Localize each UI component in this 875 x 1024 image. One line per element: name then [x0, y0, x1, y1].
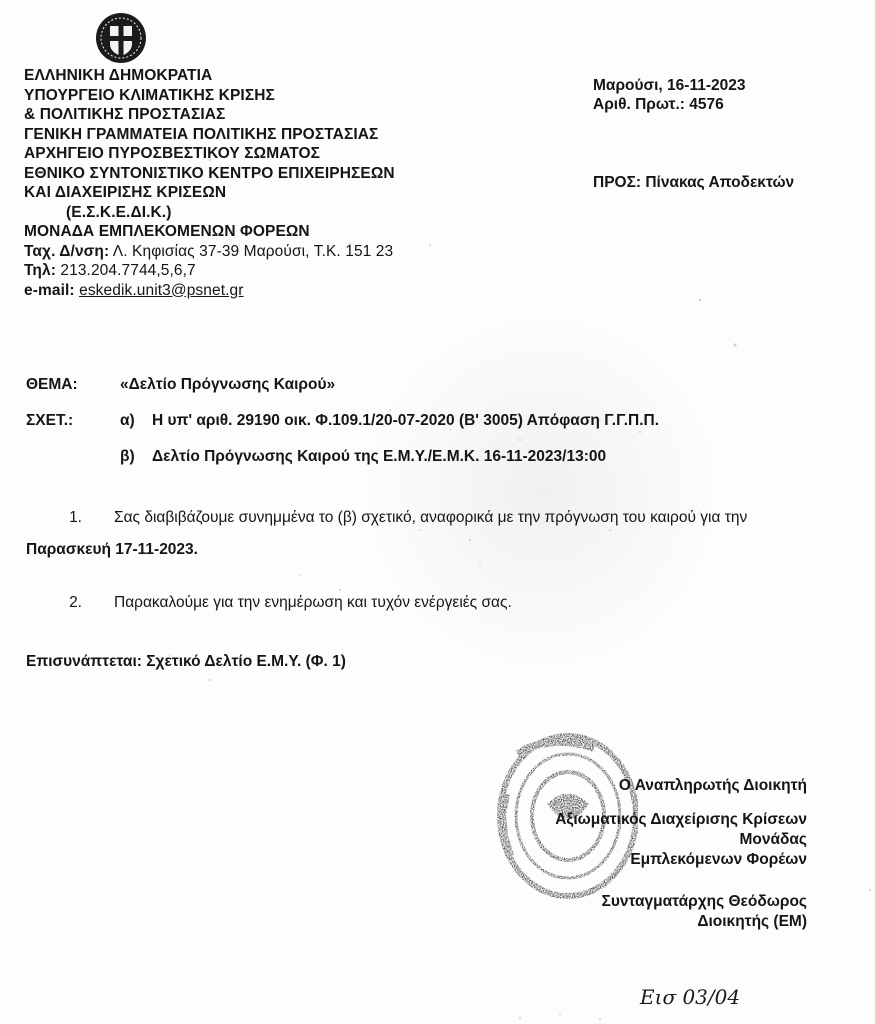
issuer-unit: ΜΟΝΑΔΑ ΕΜΠΛΕΚΟΜΕΝΩΝ ΦΟΡΕΩΝ — [24, 222, 395, 242]
signatory-role: Αξιωματικός Διαχείρισης Κρίσεων Μονάδας — [555, 810, 807, 850]
related-row: β) Δελτίο Πρόγνωσης Καιρού της Ε.Μ.Υ./Ε.… — [26, 448, 659, 484]
email-link[interactable]: eskedik.unit3@psnet.gr — [79, 282, 243, 299]
address-line: Ταχ. Δ/νση: Λ. Κηφισίας 37-39 Μαρούσι, Τ… — [24, 242, 395, 262]
paragraph-continuation: Παρασκευή 17-11-2023. — [26, 540, 866, 560]
subject-label: ΘΕΜΑ: — [26, 376, 120, 394]
handwritten-note: Εισ 03/04 — [640, 985, 740, 1009]
phone-label: Τηλ: — [24, 262, 56, 279]
issuer-line: ΕΛΛΗΝΙΚΗ ΔΗΜΟΚΡΑΤΙΑ — [24, 66, 395, 86]
greek-coat-of-arms-icon — [88, 10, 154, 66]
phone-value: 213.204.7744,5,6,7 — [56, 262, 196, 279]
paragraph-number: 1. — [26, 508, 114, 528]
attachment-note: Επισυνάπτεται: Σχετικό Δελτίο Ε.Μ.Υ. (Φ.… — [26, 653, 346, 671]
issuer-line: ΓΕΝΙΚΗ ΓΡΑΜΜΑΤΕΙΑ ΠΟΛΙΤΙΚΗΣ ΠΡΟΣΤΑΣΙΑΣ — [24, 125, 395, 145]
recipient: ΠΡΟΣ: Πίνακας Αποδεκτών — [593, 174, 794, 192]
paragraph-text: Σας διαβιβάζουμε συνημμένα το (β) σχετικ… — [114, 509, 747, 526]
issuer-line: & ΠΟΛΙΤΙΚΗΣ ΠΡΟΣΤΑΣΙΑΣ — [24, 105, 395, 125]
subject-value: «Δελτίο Πρόγνωσης Καιρού» — [120, 376, 335, 394]
issuer-acronym: (Ε.Σ.Κ.Ε.ΔΙ.Κ.) — [24, 203, 395, 223]
related-label: ΣΧΕΤ.: — [26, 412, 120, 430]
email-label: e-mail: — [24, 282, 75, 299]
paragraph-number: 2. — [26, 593, 114, 613]
signatory-name: Συνταγματάρχης Θεόδωρος — [555, 892, 807, 912]
protocol-number: Αριθ. Πρωτ.: 4576 — [593, 95, 745, 114]
paragraph-1: 1.Σας διαβιβάζουμε συνημμένα το (β) σχετ… — [26, 508, 866, 560]
related-mark: α) — [120, 412, 152, 430]
issuer-header: ΕΛΛΗΝΙΚΗ ΔΗΜΟΚΡΑΤΙΑ ΥΠΟΥΡΓΕΙΟ ΚΛΙΜΑΤΙΚΗΣ… — [24, 66, 395, 300]
issuer-line: ΥΠΟΥΡΓΕΙΟ ΚΛΙΜΑΤΙΚΗΣ ΚΡΙΣΗΣ — [24, 86, 395, 106]
related-row: ΣΧΕΤ.: α) Η υπ' αριθ. 29190 οικ. Φ.109.1… — [26, 412, 659, 448]
paragraph-2: 2.Παρακαλούμε για την ενημέρωση και τυχό… — [26, 593, 512, 613]
issuer-line: ΑΡΧΗΓΕΙΟ ΠΥΡΟΣΒΕΣΤΙΚΟΥ ΣΩΜΑΤΟΣ — [24, 144, 395, 164]
signatory-rank: Διοικητής (ΕΜ) — [555, 912, 807, 932]
phone-line: Τηλ: 213.204.7744,5,6,7 — [24, 261, 395, 281]
related-mark: β) — [120, 448, 152, 466]
related-item: Δελτίο Πρόγνωσης Καιρού της Ε.Μ.Υ./Ε.Μ.Κ… — [152, 448, 606, 466]
paragraph-text: Παρακαλούμε για την ενημέρωση και τυχόν … — [114, 594, 512, 611]
document-meta: Μαρούσι, 16-11-2023 Αριθ. Πρωτ.: 4576 — [593, 76, 745, 114]
place-date: Μαρούσι, 16-11-2023 — [593, 76, 745, 95]
email-line: e-mail: eskedik.unit3@psnet.gr — [24, 281, 395, 301]
issuer-line: ΚΑΙ ΔΙΑΧΕΙΡΙΣΗΣ ΚΡΙΣΕΩΝ — [24, 183, 395, 203]
address-value: Λ. Κηφισίας 37-39 Μαρούσι, Τ.Κ. 151 23 — [109, 243, 393, 260]
signature-block: Ο Αναπληρωτής Διοικητή Αξιωματικός Διαχε… — [555, 776, 807, 932]
address-label: Ταχ. Δ/νση: — [24, 243, 109, 260]
signatory-title: Ο Αναπληρωτής Διοικητή — [555, 776, 807, 796]
subject-row: ΘΕΜΑ: «Δελτίο Πρόγνωσης Καιρού» — [26, 376, 659, 412]
signatory-unit: Εμπλεκόμενων Φορέων — [555, 850, 807, 870]
issuer-line: ΕΘΝΙΚΟ ΣΥΝΤΟΝΙΣΤΙΚΟ ΚΕΝΤΡΟ ΕΠΙΧΕΙΡΗΣΕΩΝ — [24, 164, 395, 184]
related-item: Η υπ' αριθ. 29190 οικ. Φ.109.1/20-07-202… — [152, 412, 659, 430]
subject-block: ΘΕΜΑ: «Δελτίο Πρόγνωσης Καιρού» ΣΧΕΤ.: α… — [26, 376, 659, 484]
